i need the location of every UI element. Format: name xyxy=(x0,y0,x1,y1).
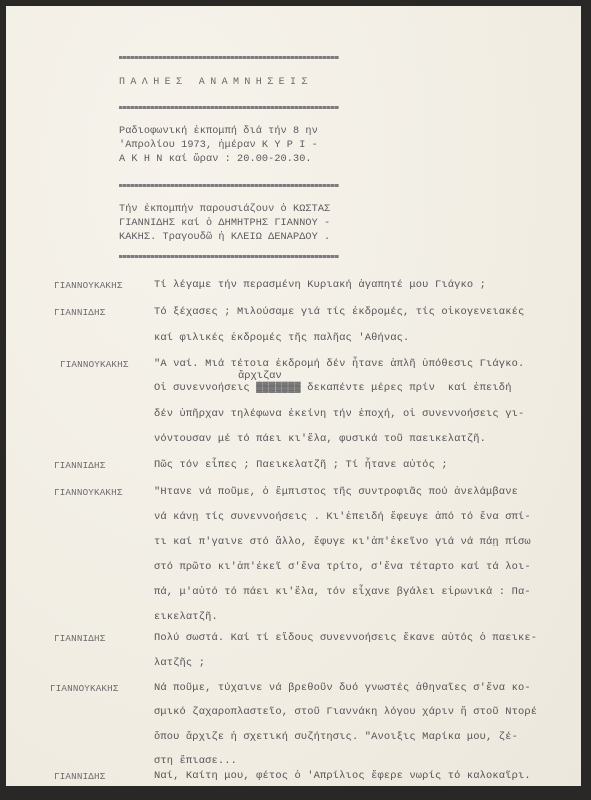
presenters-line-3: ΚΑΚΗΣ. Τραγουδῶ ἡ ΚΛΕΙΩ ΔΕΝΑΡΔΟΥ . xyxy=(119,231,359,245)
speaker-label: ΓΙΑΝΝΟΥΚΑΚΗΣ xyxy=(60,359,129,370)
dialogue-line: νόντουσαν μέ τό πάει κι'ἔλα, φυσικά τοῦ … xyxy=(154,433,486,445)
dialogue-line: Πῶς τόν εἶπες ; Παεικελατζῆ ; Τί ἦτανε α… xyxy=(154,459,448,471)
document-title: ΠΑΛΗΕΣ ΑΝΑΜΝΗΣΕΙΣ xyxy=(119,77,313,88)
dialogue-line: Ναί, Καίτη μου, φέτος ὁ 'Απρίλιος ἔφερε … xyxy=(154,770,531,782)
dialogue-line: Πολύ σωστά. Καί τί εἴδους συνεννοήσεις ἔ… xyxy=(154,632,537,644)
broadcast-line-1: Ραδιοφωνική ἐκπομπή διά τήν 8 ην xyxy=(119,125,359,139)
dialogue-line: Τό ξέχασες ; Μιλούσαμε γιά τίς ἐκδρομές,… xyxy=(154,306,524,318)
broadcast-line-2: 'Απρολίου 1973, ἡμέραν Κ Υ Ρ Ι - xyxy=(119,139,359,153)
speaker-label: ΓΙΑΝΝΟΥΚΑΚΗΣ xyxy=(54,280,123,291)
dialogue-line: δέν ὑπῆρχαν τηλέφωνα ἐκείνη τήν ἐποχή, ο… xyxy=(154,408,524,420)
dialogue-line: "Ητανε νά ποῦμε, ὁ ἔμπιστος τῆς συντροφι… xyxy=(154,486,518,498)
dialogue-line: Νά ποῦμε, τύχαινε νά βρεθοῦν δυό γνωστές… xyxy=(154,682,531,694)
broadcast-line-3: Α Κ Η Ν καί ὥραν : 20.00-20.30. xyxy=(119,153,359,167)
speaker-label: ΓΙΑΝΝΙΔΗΣ xyxy=(54,460,105,471)
handtyped-correction: ἄρχιζαν xyxy=(238,370,282,382)
typewritten-page: ΠΑΛΗΕΣ ΑΝΑΜΝΗΣΕΙΣ Ραδιοφωνική ἐκπομπή δι… xyxy=(6,6,581,786)
broadcast-rule xyxy=(119,184,339,187)
speaker-label: ΓΙΑΝΝΙΔΗΣ xyxy=(54,771,105,782)
presenters-rule xyxy=(119,255,339,258)
dialogue-line: καί φιλικές ἐκδρομές τῆς παλῆας 'Αθήνας. xyxy=(154,332,409,344)
dialogue-line: στό πρῶτο κι'ἀπ'ἐκεῖ σ'ἕνα τρίτο, σ'ἕνα … xyxy=(154,561,531,573)
dialogue-line: Τί λέγαμε τήν περασμένη Κυριακή ἀγαπητέ … xyxy=(154,279,486,291)
presenters-line-2: ΓΙΑΝΝΙΔΗΣ καί ὁ ΔΗΜΗΤΡΗΣ ΓΙΑΝΝΟΥ - xyxy=(119,217,359,231)
top-rule xyxy=(119,56,339,59)
dialogue-line: εικελατζῆ. xyxy=(154,611,218,623)
dialogue-line: στη ἔπιασε... xyxy=(154,755,237,767)
dialogue-line: πά, μ'αὐτό τό πάει κι'ἔλα, τόν εἶχανε βγ… xyxy=(154,586,531,598)
dialogue-line: "Α ναί. Μιά τέτοια ἐκδρομή δέν ἦτανε ἁπλ… xyxy=(154,358,524,370)
speaker-label: ΓΙΑΝΝΟΥΚΑΚΗΣ xyxy=(50,683,119,694)
speaker-label: ΓΙΑΝΝΟΥΚΑΚΗΣ xyxy=(54,487,123,498)
dialogue-line: ὅπου ἄρχιζε ἡ σχετική συζήτησις. "Ανοιξι… xyxy=(154,731,518,743)
dialogue-line: λατζῆς ; xyxy=(154,657,205,669)
dialogue-line: νά κάνῃ τίς συνεννοήσεις . Κι'ἐπειδή ἔφε… xyxy=(154,511,531,523)
presenters-line-1: Τήν ἐκπομπήν παρουσιάζουν ὁ ΚΩΣΤΑΣ xyxy=(119,203,359,217)
dialogue-line: Οἱ συνεννοήσεις ▓▓▓▓▓▓▓ δεκαπέντε μέρες … xyxy=(154,382,512,394)
title-rule xyxy=(119,106,339,109)
dialogue-line: σμικό ζαχαροπλαστεῖο, στοῦ Γιαννάκη λόγο… xyxy=(154,706,537,718)
speaker-label: ΓΙΑΝΝΙΔΗΣ xyxy=(54,633,105,644)
dialogue-line: τι καί π'γαινε στό ἄλλο, ἔφυγε κι'ἀπ'ἐκε… xyxy=(154,536,531,548)
speaker-label: ΓΙΑΝΝΙΔΗΣ xyxy=(54,307,105,318)
